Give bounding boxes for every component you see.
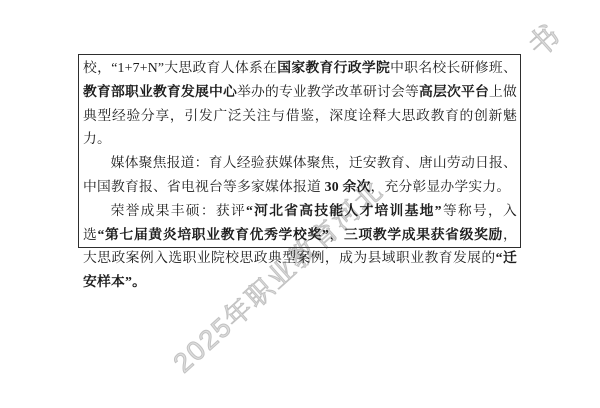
text-run: ，充分彰显办学实力。: [370, 179, 510, 194]
text-run: 荣誉成果丰硕：获评: [111, 203, 246, 218]
paragraph-media-coverage: 媒体聚焦报道：育人经验获媒体聚焦，迁安教育、唐山劳动日报、中国教育报、省电视台等…: [83, 151, 517, 199]
text-run: 30 余次: [325, 179, 371, 194]
text-run: “第七届黄炎培职业教育优秀学校奖”: [97, 227, 329, 242]
watermark-corner-fragment: 书: [516, 11, 569, 65]
text-run: 国家教育行政学院: [277, 60, 390, 75]
text-run: 举办的专业教学改革研讨会等: [237, 84, 419, 99]
content-box: 校，“1+7+N”大思政育人体系在国家教育行政学院中职名校长研修班、教育部职业教…: [78, 54, 521, 248]
document-page: 2025年职业教育河北 书 校，“1+7+N”大思政育人体系在国家教育行政学院中…: [0, 0, 600, 408]
text-run: 高层次平台: [419, 84, 489, 99]
text-run: 校，“1+7+N”大思政育人体系在: [83, 60, 277, 75]
text-run: “河北省高技能人才培训基地”: [246, 203, 442, 218]
paragraph-platform-experience: 校，“1+7+N”大思政育人体系在国家教育行政学院中职名校长研修班、教育部职业教…: [83, 56, 517, 151]
paragraph-honors-achievements: 荣誉成果丰硕：获评“河北省高技能人才培训基地”等称号，入选“第七届黄炎培职业教育…: [83, 199, 517, 294]
text-run: ，: [329, 227, 344, 242]
text-run: 三项教学成果获省级奖励: [344, 227, 503, 242]
text-run: 中职名校长研修班、: [390, 60, 517, 75]
text-run: 教育部职业教育发展中心: [83, 84, 237, 99]
